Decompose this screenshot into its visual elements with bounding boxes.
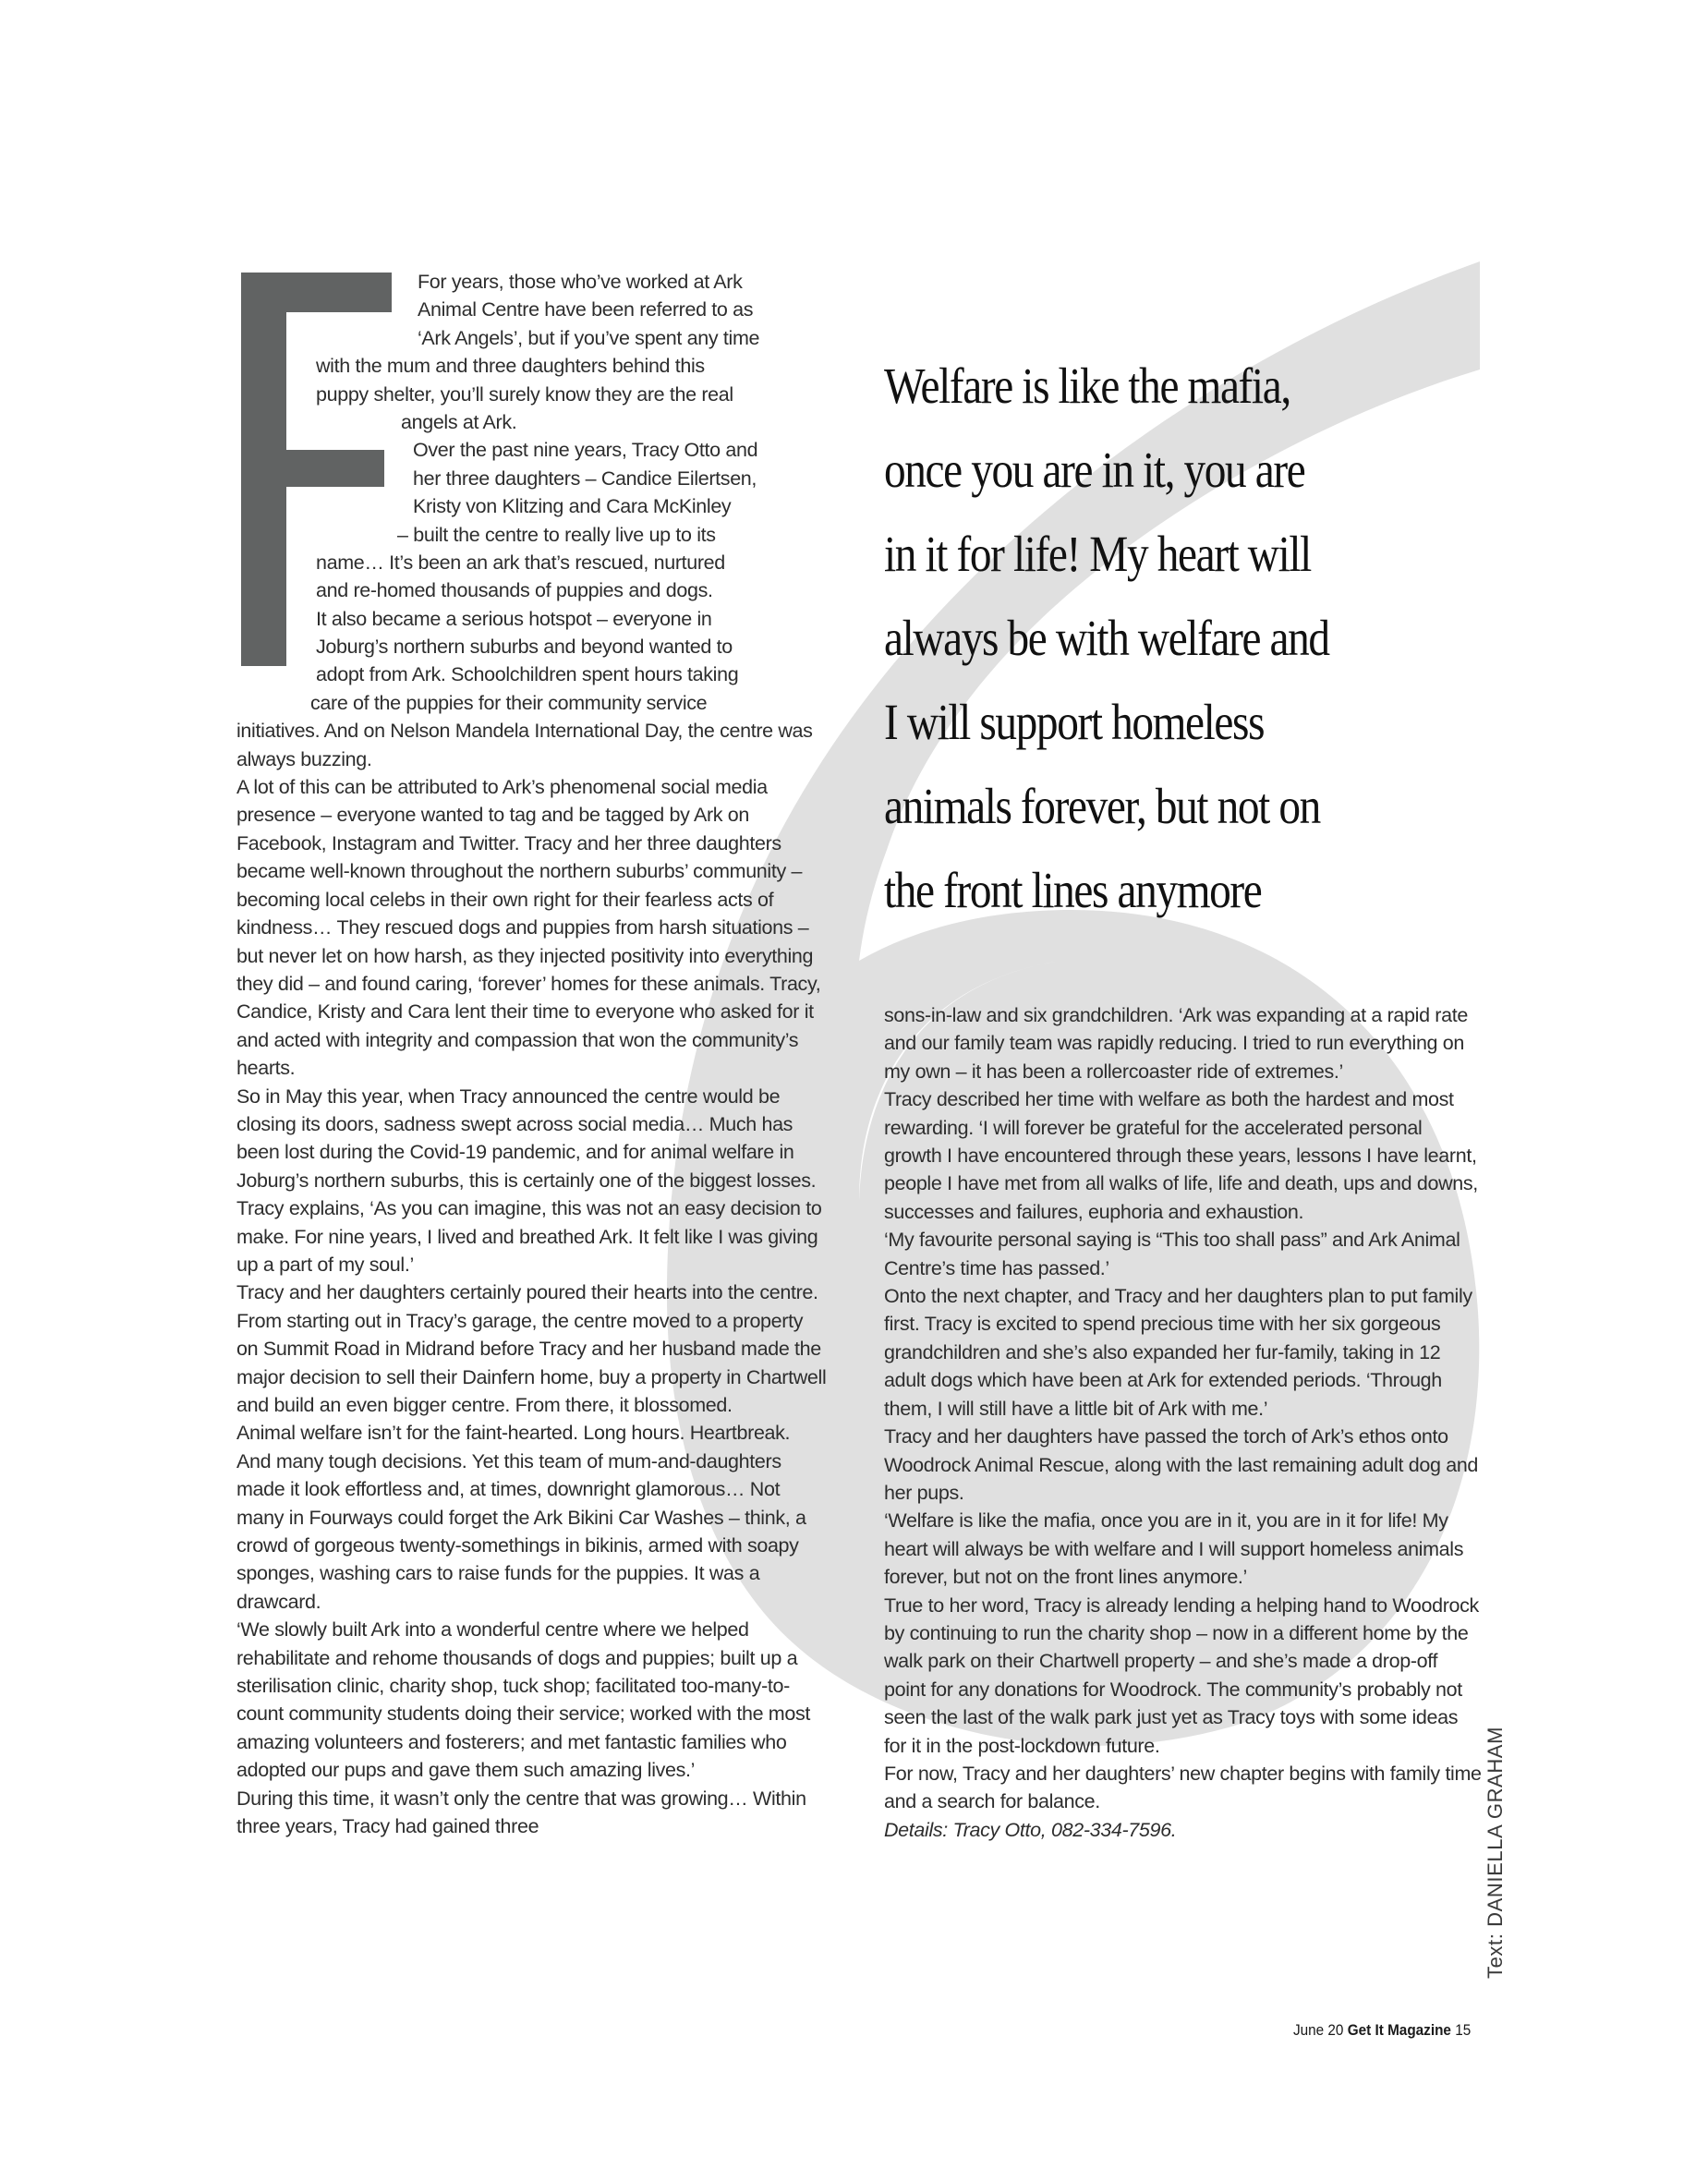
text-line: ‘Ark Angels’, but if you’ve spent any ti… xyxy=(236,324,837,352)
pull-quote-line: Welfare is like the mafia, xyxy=(884,344,1392,428)
paragraph: Animal welfare isn’t for the faint-heart… xyxy=(236,1419,828,1616)
text-line: care of the puppies for their community … xyxy=(236,689,837,717)
paragraph: During this time, it wasn’t only the cen… xyxy=(236,1785,828,1841)
page-folio: June 20 Get It Magazine 15 xyxy=(1293,2021,1471,2040)
text-line: Joburg’s northern suburbs and beyond wan… xyxy=(236,633,837,660)
text-line: adopt from Ark. Schoolchildren spent hou… xyxy=(236,660,837,688)
text-line: Kristy von Klitzing and Cara McKinley xyxy=(236,492,837,520)
text-line: angels at Ark. xyxy=(236,408,837,436)
pull-quote-line: animals forever, but not on xyxy=(884,764,1392,848)
text-line: Over the past nine years, Tracy Otto and xyxy=(236,436,837,464)
paragraph: For now, Tracy and her daughters’ new ch… xyxy=(884,1760,1483,1816)
text-line: name… It’s been an ark that’s rescued, n… xyxy=(236,549,837,576)
paragraph: True to her word, Tracy is already lendi… xyxy=(884,1592,1483,1760)
article-right-column: sons-in-law and six grandchildren. ‘Ark … xyxy=(884,1001,1484,1844)
paragraph: ‘Welfare is like the mafia, once you are… xyxy=(884,1507,1483,1591)
folio-issue: June 20 xyxy=(1293,2021,1343,2039)
pull-quote: Welfare is like the mafia, once you are … xyxy=(884,344,1392,932)
text-line: with the mum and three daughters behind … xyxy=(236,352,837,380)
paragraph: So in May this year, when Tracy announce… xyxy=(236,1083,828,1195)
drop-cap-wrapped-lines: For years, those who’ve worked at Ark An… xyxy=(236,268,837,717)
paragraph: ‘My favourite personal saying is “This t… xyxy=(884,1226,1483,1282)
paragraph: Tracy and her daughters have passed the … xyxy=(884,1423,1483,1507)
paragraph: A lot of this can be attributed to Ark’s… xyxy=(236,773,828,1082)
right-column-body: sons-in-law and six grandchildren. ‘Ark … xyxy=(884,1001,1483,1844)
pull-quote-line: once you are in it, you are xyxy=(884,428,1392,512)
text-line: and re-homed thousands of puppies and do… xyxy=(236,576,837,604)
contact-details: Details: Tracy Otto, 082-334-7596. xyxy=(884,1816,1483,1844)
article-left-column: For years, those who’ve worked at Ark An… xyxy=(236,268,837,1841)
magazine-page: F For years, those who’ve worked at Ark … xyxy=(0,0,1708,2181)
paragraph: Onto the next chapter, and Tracy and her… xyxy=(884,1282,1483,1423)
pull-quote-line: always be with welfare and xyxy=(884,596,1392,680)
text-line: For years, those who’ve worked at Ark xyxy=(236,268,837,296)
paragraph: ‘We slowly built Ark into a wonderful ce… xyxy=(236,1616,828,1784)
pull-quote-line: I will support homeless xyxy=(884,680,1392,764)
folio-page-number: 15 xyxy=(1455,2021,1471,2039)
folio-magazine-name: Get It Magazine xyxy=(1348,2021,1451,2039)
paragraph: Tracy explains, ‘As you can imagine, thi… xyxy=(236,1194,828,1278)
author-credit: Text: DANIELLA GRAHAM xyxy=(1484,1727,1508,1979)
text-line: It also became a serious hotspot – every… xyxy=(236,605,837,633)
paragraph: sons-in-law and six grandchildren. ‘Ark … xyxy=(884,1001,1483,1085)
paragraph: Tracy and her daughters certainly poured… xyxy=(236,1278,828,1419)
pull-quote-line: in it for life! My heart will xyxy=(884,512,1392,596)
text-line: puppy shelter, you’ll surely know they a… xyxy=(236,381,837,408)
pull-quote-line: the front lines anymore xyxy=(884,848,1392,932)
text-line: – built the centre to really live up to … xyxy=(236,521,837,549)
left-column-body: initiatives. And on Nelson Mandela Inter… xyxy=(236,717,828,1840)
text-line: Animal Centre have been referred to as xyxy=(236,296,837,323)
paragraph: initiatives. And on Nelson Mandela Inter… xyxy=(236,717,828,773)
text-line: her three daughters – Candice Eilertsen, xyxy=(236,465,837,492)
paragraph: Tracy described her time with welfare as… xyxy=(884,1085,1483,1226)
